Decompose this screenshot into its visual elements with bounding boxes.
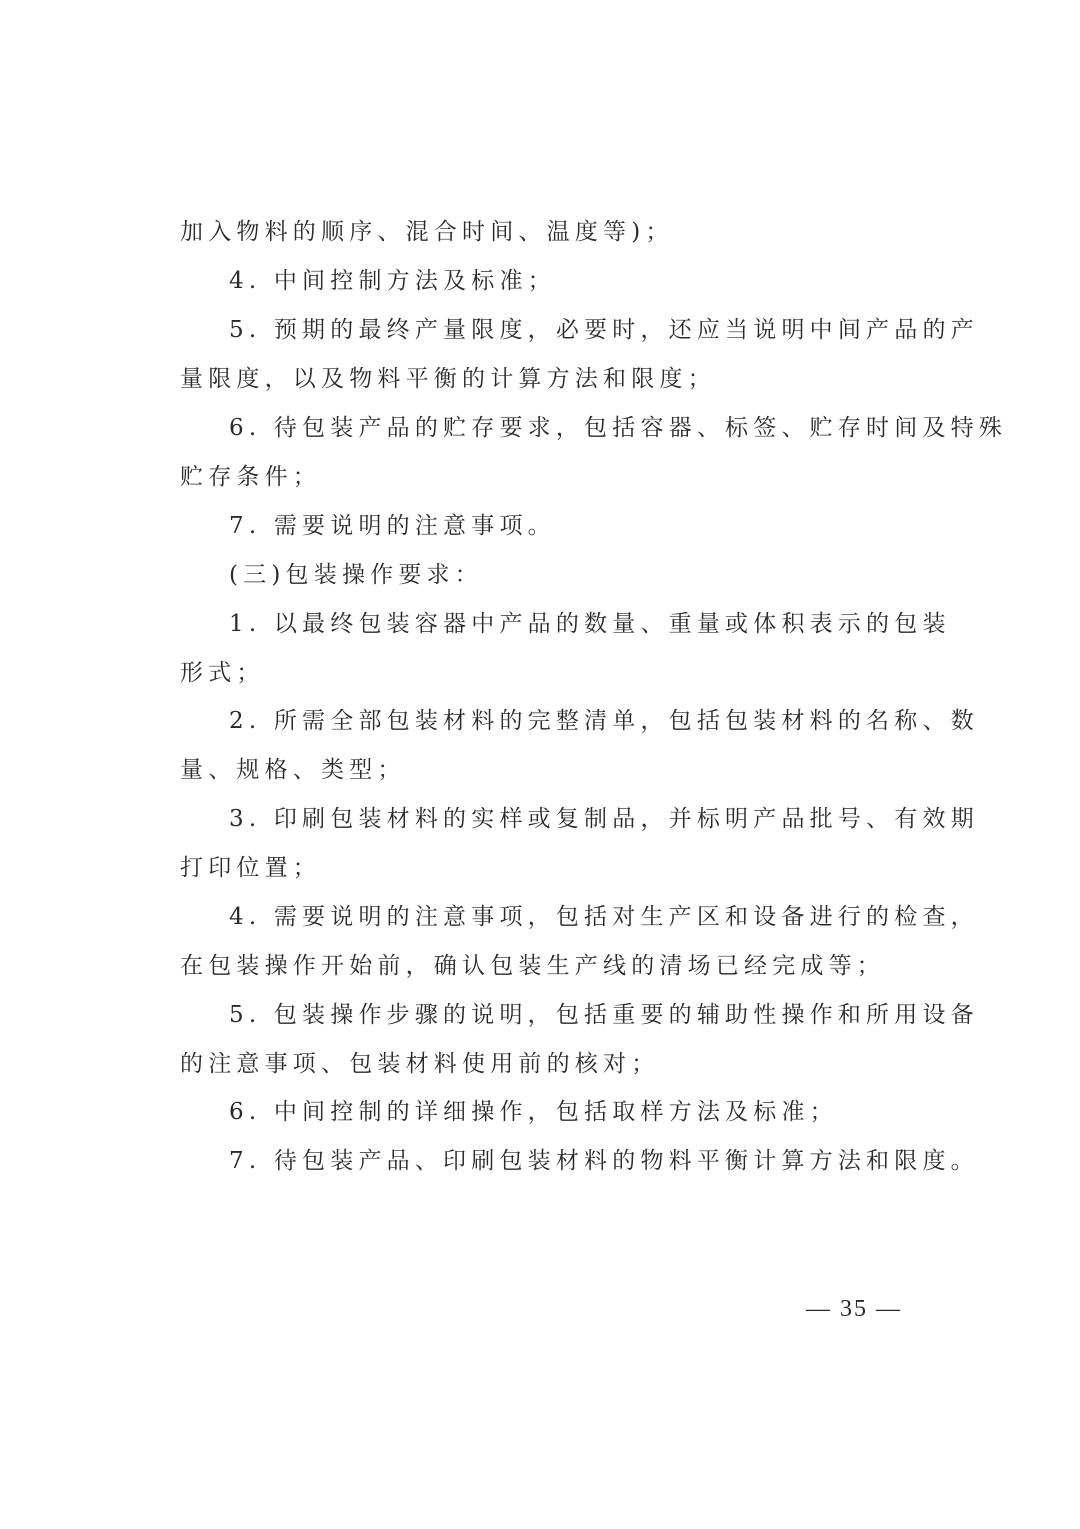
text-line: 形式； xyxy=(180,658,910,688)
text-line: 在包装操作开始前，确认包装生产线的清场已经完成等； xyxy=(180,951,910,981)
text-line: 1. 以最终包装容器中产品的数量、重量或体积表示的包装 xyxy=(229,609,910,639)
text-line: 贮存条件； xyxy=(180,462,910,492)
text-line: 加入物料的顺序、混合时间、温度等)； xyxy=(180,217,910,247)
document-page: 加入物料的顺序、混合时间、温度等)； 4. 中间控制方法及标准； 5. 预期的最… xyxy=(0,0,1080,1529)
text-line: 4. 需要说明的注意事项，包括对生产区和设备进行的检查， xyxy=(229,902,910,932)
text-line: 量限度，以及物料平衡的计算方法和限度； xyxy=(180,364,910,394)
text-line: 5. 预期的最终产量限度，必要时，还应当说明中间产品的产 xyxy=(229,315,910,345)
text-line: 4. 中间控制方法及标准； xyxy=(229,266,910,296)
page-number: — 35 — xyxy=(806,1296,902,1323)
text-line: 打印位置； xyxy=(180,853,910,883)
text-line: 3. 印刷包装材料的实样或复制品，并标明产品批号、有效期 xyxy=(229,804,910,834)
text-line: 6. 中间控制的详细操作，包括取样方法及标准； xyxy=(229,1097,910,1127)
section-heading: (三)包装操作要求： xyxy=(229,560,910,590)
text-line: 量、规格、类型； xyxy=(180,755,910,785)
text-line: 的注意事项、包装材料使用前的核对； xyxy=(180,1049,910,1079)
text-line: 5. 包装操作步骤的说明，包括重要的辅助性操作和所用设备 xyxy=(229,1000,910,1030)
text-line: 2. 所需全部包装材料的完整清单，包括包装材料的名称、数 xyxy=(229,706,910,736)
text-line: 7. 需要说明的注意事项。 xyxy=(229,511,910,541)
text-line: 7. 待包装产品、印刷包装材料的物料平衡计算方法和限度。 xyxy=(229,1146,910,1176)
text-line: 6. 待包装产品的贮存要求，包括容器、标签、贮存时间及特殊 xyxy=(229,413,910,443)
